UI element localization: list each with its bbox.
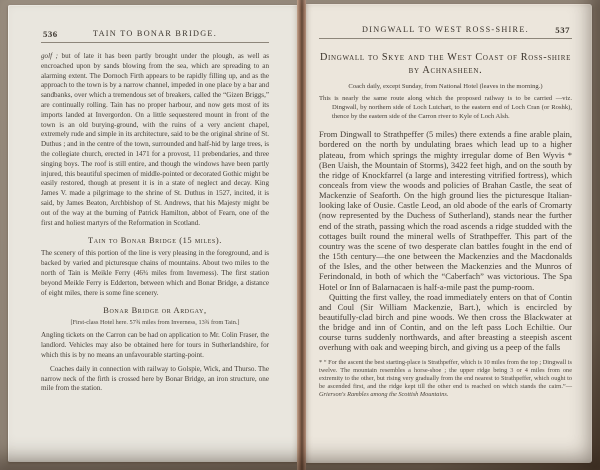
book-gutter [297, 0, 306, 470]
left-header-rule [41, 42, 269, 43]
right-header-rule [319, 38, 572, 39]
hotel-distance-note: [First-class Hotel here. 57¾ miles from … [41, 319, 269, 327]
chapter-title-line2: by Achnasheen. [319, 65, 572, 78]
station-heading-bonar-bridge: Bonar Bridge or Ardgay, [41, 306, 269, 315]
left-running-head: TAIN TO BONAR BRIDGE. [41, 29, 269, 38]
right-running-head: DINGWALL TO WEST ROSS-SHIRE. [319, 25, 572, 34]
italic-lead-word: golf ; [41, 52, 58, 60]
right-page-number: 537 [555, 25, 570, 35]
paragraph-tain-text: but of late it has been partly brought u… [41, 52, 269, 227]
ben-wyvis-footnote: * “ For the ascent the best starting-pla… [319, 359, 572, 400]
book-scan-photo: { "left_page": { "page_number": "536", "… [0, 0, 600, 470]
paragraph-tain-description: golf ; but of late it has been partly br… [41, 52, 269, 228]
paragraph-quitting-valley: Quitting the first valley, the road imme… [319, 292, 572, 353]
footnote-text: * “ For the ascent the best starting-pla… [319, 359, 572, 391]
chapter-title-line1: Dingwall to Skye and the West Coast of R… [319, 52, 572, 65]
chapter-title: Dingwall to Skye and the West Coast of R… [319, 52, 572, 77]
footnote-source: Grierson's Rambles among the Scottish Mo… [319, 391, 448, 398]
right-page-header: DINGWALL TO WEST ROSS-SHIRE. 537 [319, 25, 572, 36]
paragraph-scenery: The scenery of this portion of the line … [41, 249, 269, 298]
left-page-number: 536 [43, 29, 58, 39]
paragraph-coaches: Coaches daily in connection with railway… [41, 365, 269, 394]
section-heading-tain-to-bonar: Tain to Bonar Bridge (15 miles). [41, 236, 269, 245]
coach-schedule-note: Coach daily, except Sunday, from Nationa… [319, 83, 572, 91]
proposed-railway-note: This is nearly the same route along whic… [319, 95, 572, 121]
right-page: DINGWALL TO WEST ROSS-SHIRE. 537 Dingwal… [304, 4, 592, 463]
left-page-header: 536 TAIN TO BONAR BRIDGE. [41, 29, 269, 40]
left-page: 536 TAIN TO BONAR BRIDGE. golf ; but of … [8, 5, 299, 462]
paragraph-dingwall-strathpeffer: From Dingwall to Strathpeffer (5 miles) … [319, 129, 572, 292]
paragraph-angling: Angling tickets on the Carron can be had… [41, 331, 269, 360]
